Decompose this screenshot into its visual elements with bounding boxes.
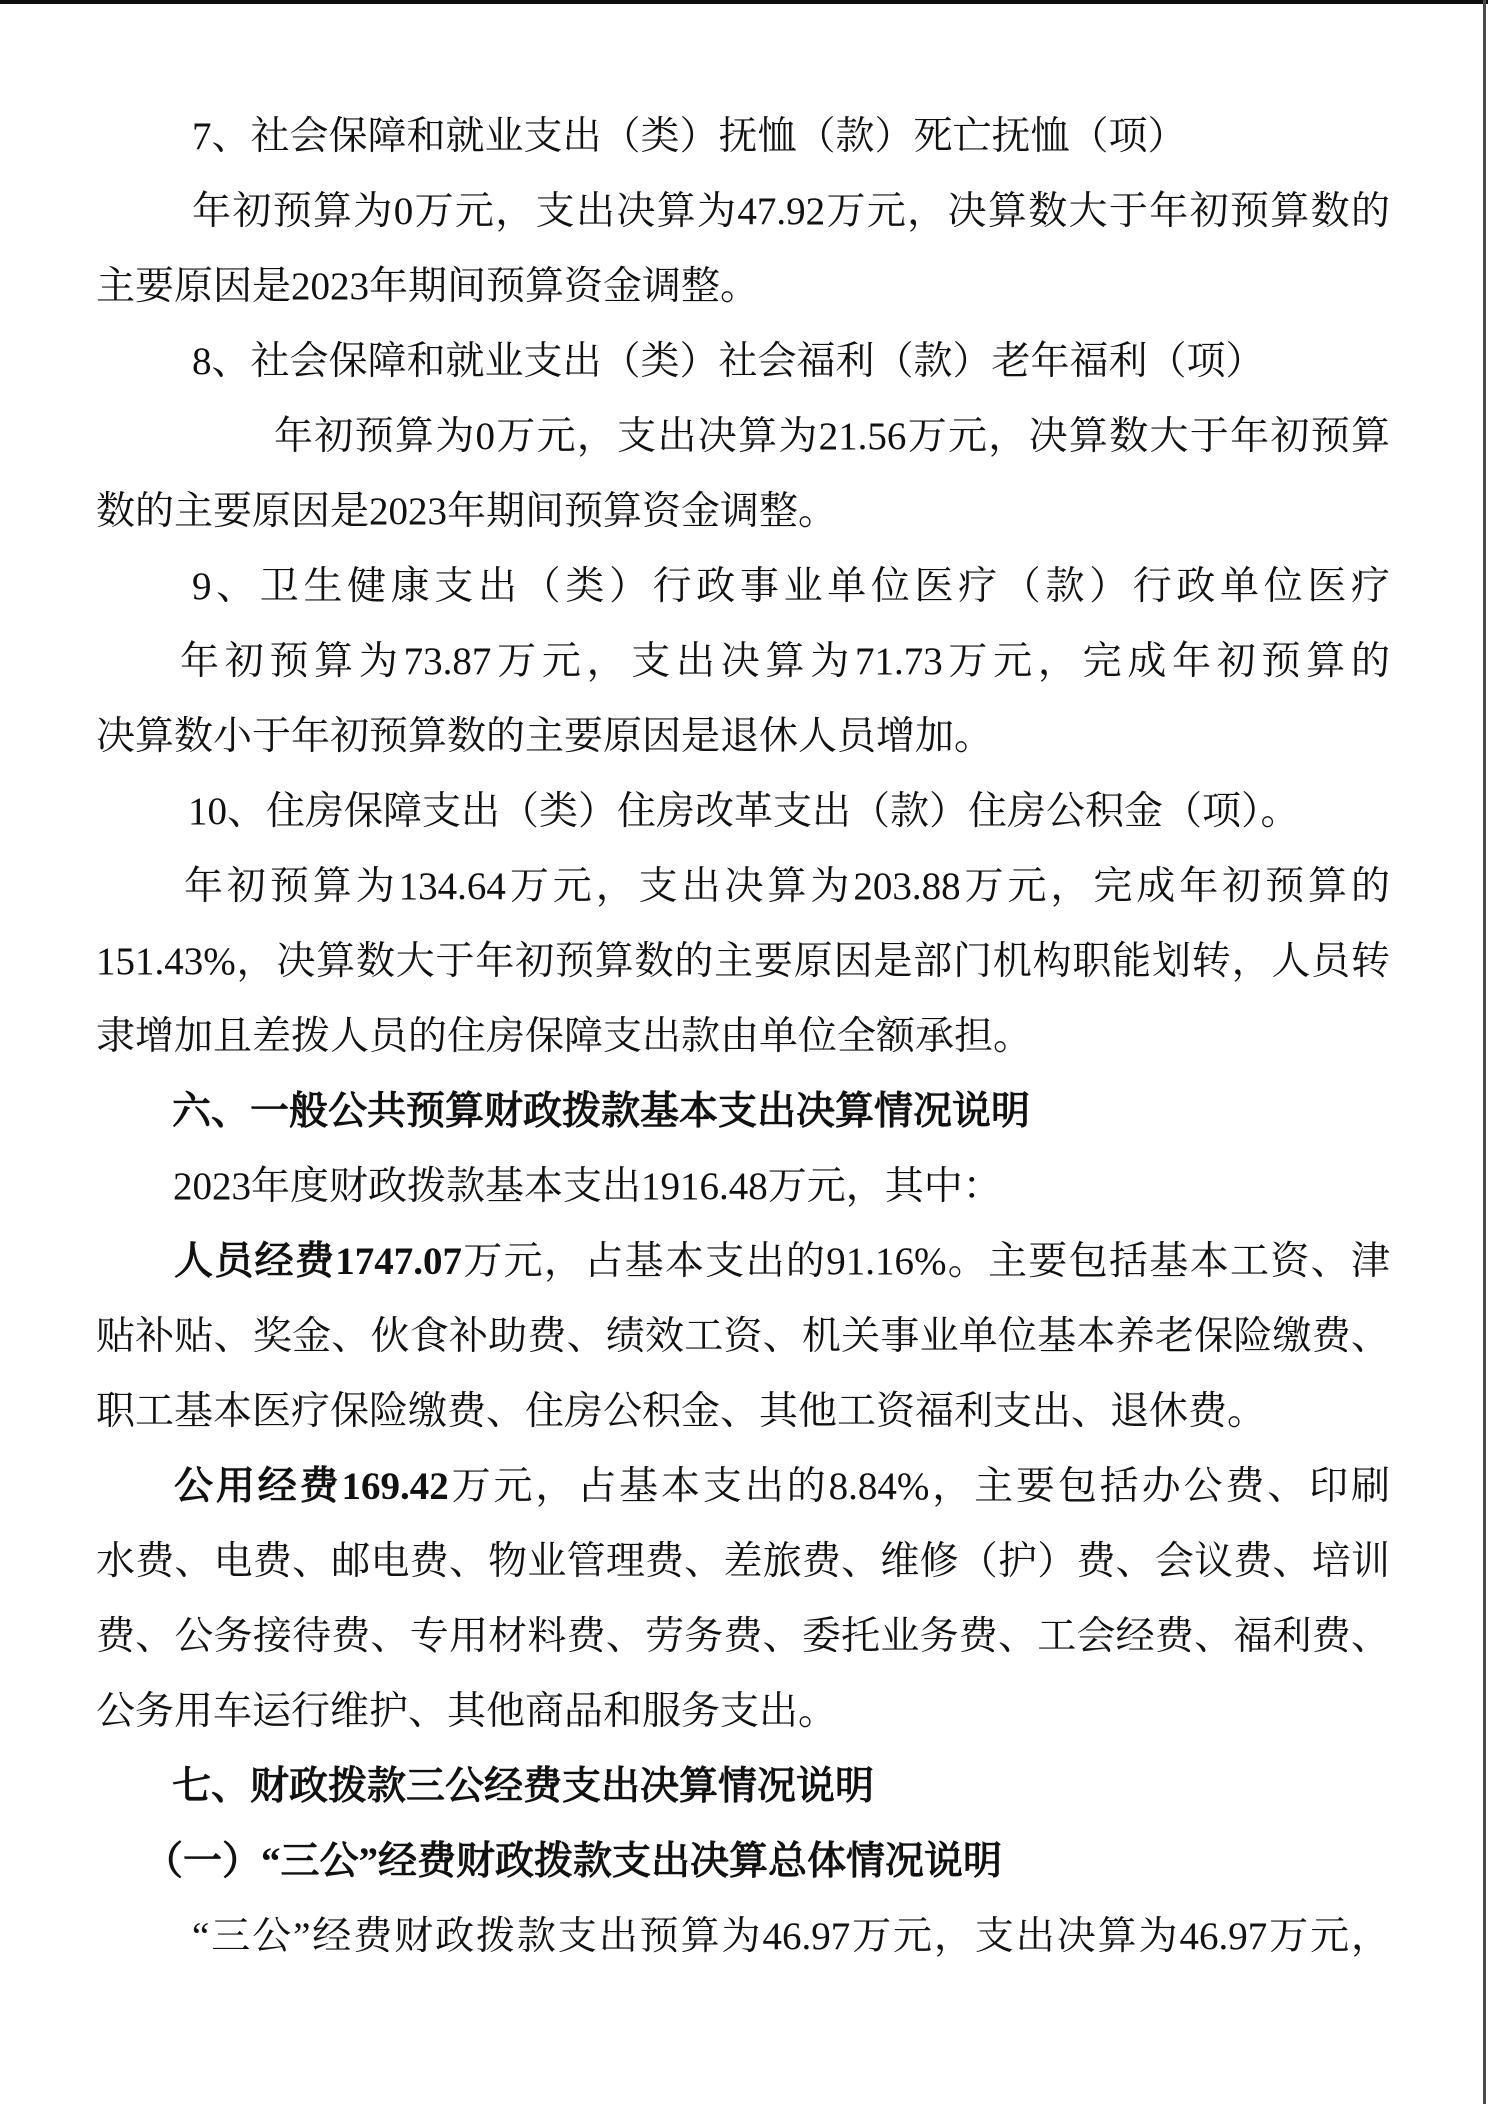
text-line: 六、一般公共预算财政拨款基本支出决算情况说明	[96, 1074, 1390, 1149]
text-line: 隶增加且差拨人员的住房保障支出款由单位全额承担。	[96, 999, 1390, 1074]
text-run: 费、公务接待费、专用材料费、劳务费、委托业务费、工会经费、福利费、	[96, 1615, 1390, 1658]
text-run: 年初预算为73.87万元，支出决算为71.73万元，完成年初预算的97.1%，	[96, 640, 1390, 699]
text-line: 7、社会保障和就业支出（类）抚恤（款）死亡抚恤（项）	[96, 99, 1390, 174]
text-line: 年初预算为0万元，支出决算为21.56万元，决算数大于年初预算	[96, 399, 1390, 474]
text-line: 贴补贴、奖金、伙食补助费、绩效工资、机关事业单位基本养老保险缴费、	[96, 1299, 1390, 1374]
text-line: 七、财政拨款三公经费支出决算情况说明	[96, 1749, 1390, 1824]
text-run: 10、住房保障支出（类）住房改革支出（款）住房公积金（项）。	[188, 790, 1300, 833]
text-line: 年初预算为134.64万元，支出决算为203.88万元，完成年初预算的	[96, 849, 1390, 924]
text-line: 决算数小于年初预算数的主要原因是退休人员增加。	[96, 699, 1390, 774]
bold-text-run: 人员经费1747.07	[174, 1240, 462, 1283]
text-run: 151.43%，决算数大于年初预算数的主要原因是部门机构职能划转，人员转	[96, 940, 1390, 983]
page-right-edge	[1483, 0, 1486, 2104]
text-line: 公务用车运行维护、其他商品和服务支出。	[96, 1674, 1390, 1749]
text-line: （一）“三公”经费财政拨款支出决算总体情况说明	[96, 1824, 1390, 1899]
text-run: 公务用车运行维护、其他商品和服务支出。	[96, 1690, 837, 1733]
bold-text-run: 公用经费169.42	[174, 1465, 449, 1508]
text-line: 主要原因是2023年期间预算资金调整。	[96, 249, 1390, 324]
text-line: 人员经费1747.07万元，占基本支出的91.16%。主要包括基本工资、津	[96, 1224, 1390, 1299]
text-line: 公用经费169.42万元，占基本支出的8.84%，主要包括办公费、印刷费、	[96, 1449, 1390, 1524]
text-line: 151.43%，决算数大于年初预算数的主要原因是部门机构职能划转，人员转	[96, 924, 1390, 999]
text-run: 年初预算为134.64万元，支出决算为203.88万元，完成年初预算的	[184, 865, 1390, 908]
text-line: 职工基本医疗保险缴费、住房公积金、其他工资福利支出、退休费。	[96, 1374, 1390, 1449]
text-run: 决算数小于年初预算数的主要原因是退休人员增加。	[96, 715, 993, 758]
text-run: 数的主要原因是2023年期间预算资金调整。	[96, 490, 837, 533]
text-run: （一）“三公”经费财政拨款支出决算总体情况说明	[144, 1840, 1002, 1883]
text-run: 职工基本医疗保险缴费、住房公积金、其他工资福利支出、退休费。	[96, 1390, 1266, 1433]
text-run: 贴补贴、奖金、伙食补助费、绩效工资、机关事业单位基本养老保险缴费、	[96, 1315, 1390, 1358]
text-line: “三公”经费财政拨款支出预算为46.97万元，支出决算为46.97万元，	[96, 1899, 1390, 1974]
document-lines: 7、社会保障和就业支出（类）抚恤（款）死亡抚恤（项）年初预算为0万元，支出决算为…	[96, 99, 1390, 1974]
text-run: 主要原因是2023年期间预算资金调整。	[96, 265, 759, 308]
text-run: 8、社会保障和就业支出（类）社会福利（款）老年福利（项）	[192, 340, 1265, 383]
text-run: 年初预算为0万元，支出决算为47.92万元，决算数大于年初预算数的	[192, 190, 1390, 233]
text-run: 七、财政拨款三公经费支出决算情况说明	[172, 1765, 874, 1808]
text-line: 年初预算为73.87万元，支出决算为71.73万元，完成年初预算的97.1%，	[96, 624, 1390, 699]
document-page: 7、社会保障和就业支出（类）抚恤（款）死亡抚恤（项）年初预算为0万元，支出决算为…	[0, 0, 1488, 2104]
text-run: 7、社会保障和就业支出（类）抚恤（款）死亡抚恤（项）	[192, 115, 1187, 158]
text-run: 隶增加且差拨人员的住房保障支出款由单位全额承担。	[96, 1015, 1032, 1058]
text-run: 2023年度财政拨款基本支出1916.48万元，其中：	[173, 1165, 1002, 1208]
text-run: 万元，占基本支出的91.16%。主要包括基本工资、津	[462, 1240, 1390, 1283]
text-run: 六、一般公共预算财政拨款基本支出决算情况说明	[172, 1090, 1030, 1133]
text-line: 年初预算为0万元，支出决算为47.92万元，决算数大于年初预算数的	[96, 174, 1390, 249]
text-run: 水费、电费、邮电费、物业管理费、差旅费、维修（护）费、会议费、培训	[96, 1540, 1390, 1583]
text-line: 10、住房保障支出（类）住房改革支出（款）住房公积金（项）。	[96, 774, 1390, 849]
text-line: 水费、电费、邮电费、物业管理费、差旅费、维修（护）费、会议费、培训	[96, 1524, 1390, 1599]
text-line: 2023年度财政拨款基本支出1916.48万元，其中：	[96, 1149, 1390, 1224]
text-line: 费、公务接待费、专用材料费、劳务费、委托业务费、工会经费、福利费、	[96, 1599, 1390, 1674]
text-line: 9、卫生健康支出（类）行政事业单位医疗（款）行政单位医疗（项）。	[96, 549, 1390, 624]
text-line: 数的主要原因是2023年期间预算资金调整。	[96, 474, 1390, 549]
text-run: “三公”经费财政拨款支出预算为46.97万元，支出决算为46.97万元，	[192, 1915, 1390, 1958]
page-top-edge	[0, 0, 1488, 4]
text-run: 9、卫生健康支出（类）行政事业单位医疗（款）行政单位医疗（项）。	[96, 565, 1390, 624]
text-line: 8、社会保障和就业支出（类）社会福利（款）老年福利（项）	[96, 324, 1390, 399]
text-run: 年初预算为0万元，支出决算为21.56万元，决算数大于年初预算	[274, 415, 1390, 458]
